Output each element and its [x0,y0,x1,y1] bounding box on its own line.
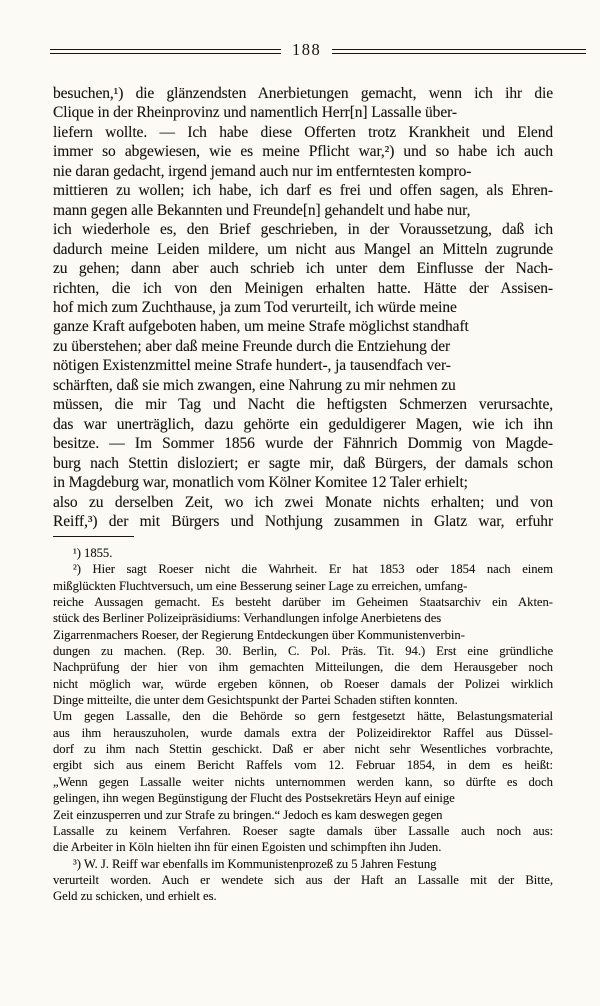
footnote-separator-rule [53,536,134,537]
footnote-line: dungen zu machen. (Rep. 30. Berlin, C. P… [53,643,553,659]
footnote-line: ergibt sich aus einem Bericht Raffels vo… [53,757,553,773]
page-number: 188 [281,42,332,59]
footnote-line: die Arbeiter in Köln hielten ihn für ein… [53,839,553,855]
body-line: schärften, daß sie mich zwangen, eine Na… [53,376,553,395]
body-line: liefern wollte. — Ich habe diese Offerte… [53,123,553,142]
footnote-line: Geld zu schicken, und erhielt es. [53,888,553,904]
header-rule-right [332,49,586,54]
body-line: dadurch meine Leiden mildere, um nicht a… [53,240,553,259]
body-line: zu überstehen; aber daß meine Freunde du… [53,337,553,356]
body-line: besuchen,¹) die glänzendsten Anerbietung… [53,84,553,103]
body-line: nötigen Existenzmittel meine Strafe hund… [53,356,553,375]
book-page: 188 besuchen,¹) die glänzendsten Anerbie… [0,0,600,1006]
body-line: zu gehen; dann aber auch schrieb ich unt… [53,259,553,278]
footnote-line: Nachprüfung der hier von ihm gemachten M… [53,659,553,675]
body-line: in Magdeburg war, monatlich vom Kölner K… [53,473,553,492]
footnote-line: gelingen, ihn wegen Begünstigung der Flu… [53,790,553,806]
footnote-line: Zeit einzusperren und zur Strafe zu brin… [53,807,553,823]
body-line: Clique in der Rheinprovinz und namentlic… [53,103,553,122]
body-line: besitze. — Im Sommer 1856 wurde der Fähn… [53,434,553,453]
footnote-line: mißglückten Fluchtversuch, um eine Besse… [53,578,553,594]
body-line: also zu derselben Zeit, wo ich zwei Mona… [53,493,553,512]
body-line: ich wiederhole es, den Brief geschrieben… [53,220,553,239]
body-line: hof mich zum Zuchthause, ja zum Tod veru… [53,298,553,317]
footnote-line: ²) Hier sagt Roeser nicht die Wahrheit. … [73,561,553,577]
header-rule-left [50,49,281,54]
footnote-line: ¹) 1855. [73,545,553,561]
footnote-line: Zigarrenmachers Roeser, der Regierung En… [53,627,553,643]
footnote-line: Um gegen Lassalle, den die Behörde so ge… [53,708,553,724]
body-line: nie daran gedacht, irgend jemand auch nu… [53,162,553,181]
body-line: ganze Kraft aufgeboten haben, um meine S… [53,317,553,336]
footnotes-block: ¹) 1855. ²) Hier sagt Roeser nicht die W… [53,545,553,905]
footnote-line: reiche Aussagen gemacht. Es besteht darü… [53,594,553,610]
footnote-line: stück des Berliner Polizeipräsidiums: Ve… [53,610,553,626]
body-line: immer so abgewiesen, wie es meine Pflich… [53,142,553,161]
footnote-line: „Wenn gegen Lassalle weiter nichts unter… [53,774,553,790]
body-line: das war unerträglich, dazu gehörte ein g… [53,415,553,434]
running-head: 188 [50,42,586,60]
main-text-block: besuchen,¹) die glänzendsten Anerbietung… [53,84,553,531]
footnote-line: nicht möglich war, würde ergeben können,… [53,676,553,692]
body-line: mann gegen alle Bekannten und Freunde[n]… [53,201,553,220]
footnote-line: aus ihm herauszuholen, wurde damals extr… [53,725,553,741]
body-line: mittieren zu wollen; ich habe, ich darf … [53,181,553,200]
footnote-line: Dinge mitteilte, die unter dem Gesichtsp… [53,692,553,708]
body-line: richten, die ich von den Meinigen erhalt… [53,279,553,298]
body-line: müssen, die mir Tag und Nacht die heftig… [53,395,553,414]
footnote-line: verurteilt worden. Auch er wendete sich … [53,872,553,888]
footnote-line: Lassalle zu keinem Verfahren. Roeser sag… [53,823,553,839]
body-line: burg nach Stettin disloziert; er sagte m… [53,454,553,473]
footnote-line: ³) W. J. Reiff war ebenfalls im Kommunis… [73,856,553,872]
body-line: Reiff,³) der mit Bürgers und Nothjung zu… [53,512,553,531]
footnote-line: dorf zu ihm nach Stettin geschickt. Daß … [53,741,553,757]
